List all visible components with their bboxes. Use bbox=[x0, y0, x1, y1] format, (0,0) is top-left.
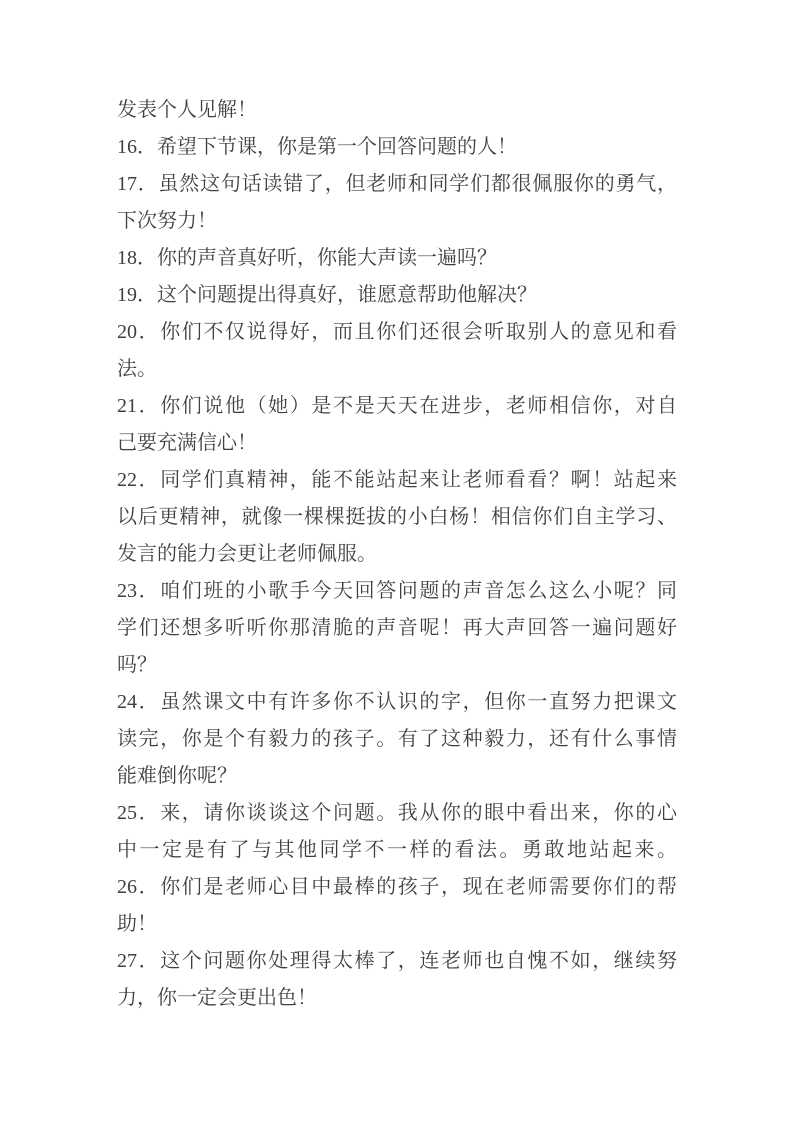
text-line: 27．这个问题你处理得太棒了，连老师也自愧不如，继续努 bbox=[117, 943, 677, 980]
text-line: 能难倒你呢？ bbox=[117, 758, 677, 795]
text-line: 法。 bbox=[117, 351, 677, 388]
text-line: 读完，你是个有毅力的孩子。有了这种毅力，还有什么事情 bbox=[117, 721, 677, 758]
text-line: 吗？ bbox=[117, 647, 677, 684]
text-line: 16．希望下节课，你是第一个回答问题的人！ bbox=[117, 129, 677, 166]
text-line: 以后更精神，就像一棵棵挺拔的小白杨！相信你们自主学习、 bbox=[117, 499, 677, 536]
text-line: 23．咱们班的小歌手今天回答问题的声音怎么这么小呢？同 bbox=[117, 573, 677, 610]
text-line: 下次努力！ bbox=[117, 203, 677, 240]
text-line: 25．来，请你谈谈这个问题。我从你的眼中看出来，你的心 bbox=[117, 795, 677, 832]
document-page: 发表个人见解！16．希望下节课，你是第一个回答问题的人！17．虽然这句话读错了，… bbox=[0, 0, 793, 1122]
text-line: 力，你一定会更出色！ bbox=[117, 980, 677, 1017]
text-line: 21．你们说他（她）是不是天天在进步，老师相信你，对自 bbox=[117, 388, 677, 425]
text-line: 发表个人见解！ bbox=[117, 92, 677, 129]
document-text: 发表个人见解！16．希望下节课，你是第一个回答问题的人！17．虽然这句话读错了，… bbox=[117, 92, 677, 1017]
text-line: 17．虽然这句话读错了，但老师和同学们都很佩服你的勇气， bbox=[117, 166, 677, 203]
text-line: 助！ bbox=[117, 906, 677, 943]
text-line: 19．这个问题提出得真好，谁愿意帮助他解决？ bbox=[117, 277, 677, 314]
text-line: 20．你们不仅说得好，而且你们还很会听取别人的意见和看 bbox=[117, 314, 677, 351]
text-line: 中一定是有了与其他同学不一样的看法。勇敢地站起来。 bbox=[117, 832, 677, 869]
text-line: 26．你们是老师心目中最棒的孩子，现在老师需要你们的帮 bbox=[117, 869, 677, 906]
text-line: 己要充满信心！ bbox=[117, 425, 677, 462]
text-line: 22．同学们真精神，能不能站起来让老师看看？啊！站起来 bbox=[117, 462, 677, 499]
text-line: 24．虽然课文中有许多你不认识的字，但你一直努力把课文 bbox=[117, 684, 677, 721]
text-line: 发言的能力会更让老师佩服。 bbox=[117, 536, 677, 573]
text-line: 学们还想多听听你那清脆的声音呢！再大声回答一遍问题好 bbox=[117, 610, 677, 647]
text-line: 18．你的声音真好听，你能大声读一遍吗？ bbox=[117, 240, 677, 277]
